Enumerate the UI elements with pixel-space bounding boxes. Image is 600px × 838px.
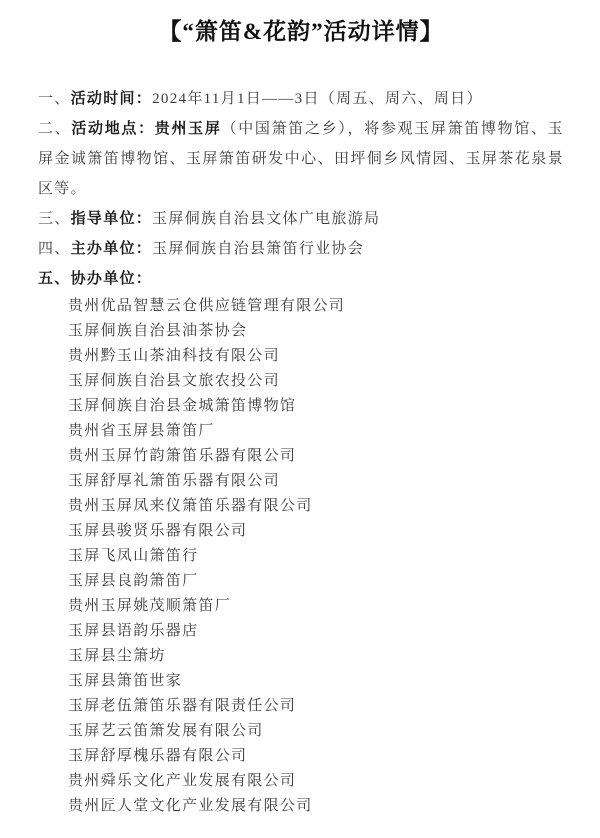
co-organizer-item: 贵州玉屏竹韵箫笛乐器有限公司 — [68, 444, 564, 469]
section-text: 玉屏侗族自治县文体广电旅游局 — [152, 211, 380, 227]
section-number: 五、 — [38, 271, 71, 287]
co-organizer-item: 贵州优品智慧云仓供应链管理有限公司 — [68, 294, 564, 319]
co-organizer-item: 玉屏艺云笛箫发展有限公司 — [68, 719, 564, 744]
co-organizer-item: 玉屏侗族自治县金城箫笛博物馆 — [68, 394, 564, 419]
co-organizer-item: 贵州省玉屏县箫笛厂 — [68, 419, 564, 444]
co-organizer-item: 贵州匠人堂文化产业发展有限公司 — [68, 794, 564, 819]
co-organizer-item: 玉屏侗族自治县文旅农投公司 — [68, 369, 564, 394]
co-organizer-item: 玉屏侗族自治县油茶协会 — [68, 319, 564, 344]
section-number: 一、 — [38, 91, 71, 107]
page-title: 【“箫笛&花韵”活动详情】 — [38, 14, 564, 50]
section-text: 2024年11月1日——3日（周五、周六、周日） — [152, 91, 483, 107]
section-activity-location: 二、活动地点：贵州玉屏（中国箫笛之乡），将参观玉屏箫笛博物馆、玉屏金诚箫笛博物馆… — [38, 114, 564, 204]
co-organizer-item: 贵州舜乐文化产业发展有限公司 — [68, 769, 564, 794]
co-organizer-item: 玉屏飞凤山箫笛行 — [68, 544, 564, 569]
section-activity-time: 一、活动时间：2024年11月1日——3日（周五、周六、周日） — [38, 84, 564, 114]
section-highlight: 贵州玉屏 — [155, 121, 222, 137]
section-number: 四、 — [38, 241, 71, 257]
document-page: 【“箫笛&花韵”活动详情】 一、活动时间：2024年11月1日——3日（周五、周… — [0, 0, 600, 838]
section-text: 玉屏侗族自治县箫笛行业协会 — [152, 241, 364, 257]
co-organizer-item: 玉屏县语韵乐器店 — [68, 619, 564, 644]
section-label: 活动地点： — [71, 121, 154, 137]
section-label: 主办单位： — [71, 241, 153, 257]
co-organizer-item: 玉屏县箫笛世家 — [68, 669, 564, 694]
section-guiding-unit: 三、指导单位：玉屏侗族自治县文体广电旅游局 — [38, 204, 564, 234]
co-organizer-item: 玉屏舒厚礼箫笛乐器有限公司 — [68, 469, 564, 494]
co-organizer-item: 贵州玉屏姚茂顺箫笛厂 — [68, 594, 564, 619]
section-label: 指导单位： — [71, 211, 153, 227]
co-organizer-item: 贵州玉屏凤来仪箫笛乐器有限公司 — [68, 494, 564, 519]
co-organizer-item: 玉屏老伍箫笛乐器有限责任公司 — [68, 694, 564, 719]
section-co-organizers: 五、协办单位： — [38, 264, 564, 294]
section-number: 三、 — [38, 211, 71, 227]
section-host-unit: 四、主办单位：玉屏侗族自治县箫笛行业协会 — [38, 234, 564, 264]
co-organizer-item: 玉屏县良韵箫笛厂 — [68, 569, 564, 594]
co-organizer-item: 玉屏县骏贤乐器有限公司 — [68, 519, 564, 544]
section-number: 二、 — [38, 121, 71, 137]
co-organizer-item: 玉屏舒厚槐乐器有限公司 — [68, 744, 564, 769]
section-label: 活动时间： — [71, 91, 153, 107]
co-organizer-item: 贵州黔玉山茶油科技有限公司 — [68, 344, 564, 369]
co-organizer-item: 玉屏县尘箫坊 — [68, 644, 564, 669]
section-label: 协办单位： — [71, 271, 153, 287]
co-organizer-list: 贵州优品智慧云仓供应链管理有限公司 玉屏侗族自治县油茶协会 贵州黔玉山茶油科技有… — [38, 294, 564, 819]
